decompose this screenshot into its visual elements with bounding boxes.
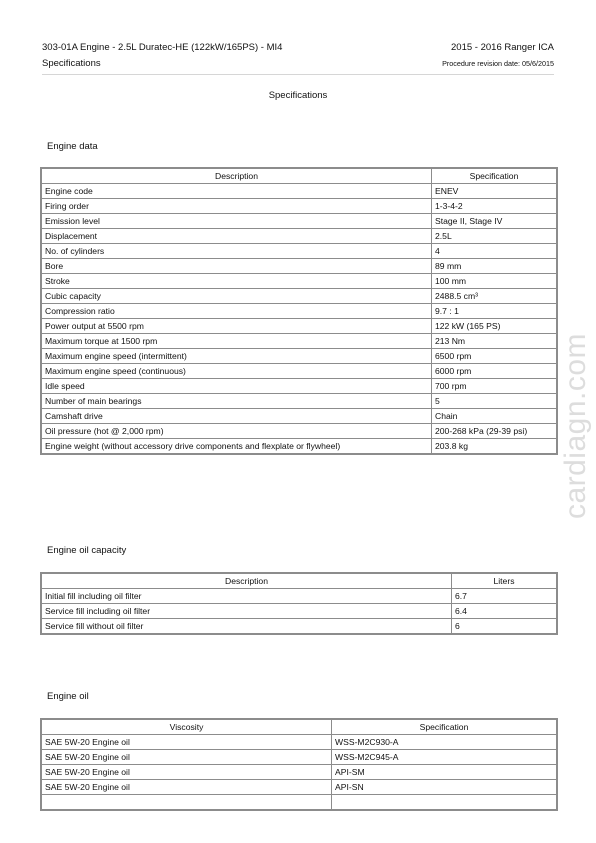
page-title: Specifications (0, 90, 596, 101)
oil-capacity-table: Description Liters Initial fill includin… (41, 573, 557, 634)
row-value: 89 mm (432, 259, 557, 274)
row-value: 6500 rpm (432, 349, 557, 364)
table-row: Bore89 mm (42, 259, 557, 274)
table-row: Cubic capacity2488.5 cm³ (42, 289, 557, 304)
row-label: Stroke (42, 274, 432, 289)
section-title-oil-capacity: Engine oil capacity (47, 545, 126, 556)
table-row: Stroke100 mm (42, 274, 557, 289)
row-label: SAE 5W-20 Engine oil (42, 750, 332, 765)
row-value: 5 (432, 394, 557, 409)
row-label: Power output at 5500 rpm (42, 319, 432, 334)
row-value: Stage II, Stage IV (432, 214, 557, 229)
table-row: Displacement2.5L (42, 229, 557, 244)
row-value: 203.8 kg (432, 439, 557, 454)
engine-oil-table: Viscosity Specification SAE 5W-20 Engine… (41, 719, 557, 810)
table-row: Oil pressure (hot @ 2,000 rpm)200-268 kP… (42, 424, 557, 439)
table-row: Maximum torque at 1500 rpm213 Nm (42, 334, 557, 349)
table-row: Idle speed700 rpm (42, 379, 557, 394)
row-value: 6000 rpm (432, 364, 557, 379)
table-row: Firing order1-3-4-2 (42, 199, 557, 214)
table-row: SAE 5W-20 Engine oilWSS-M2C945-A (42, 750, 557, 765)
row-value: 9.7 : 1 (432, 304, 557, 319)
table-row: SAE 5W-20 Engine oilWSS-M2C930-A (42, 735, 557, 750)
row-value: 213 Nm (432, 334, 557, 349)
row-label: Maximum engine speed (continuous) (42, 364, 432, 379)
table-row: Number of main bearings5 (42, 394, 557, 409)
row-value: API-SN (332, 780, 557, 795)
table-header-row: Description Specification (42, 169, 557, 184)
section-title-engine-data: Engine data (47, 141, 98, 152)
row-value: 700 rpm (432, 379, 557, 394)
row-label: Camshaft drive (42, 409, 432, 424)
row-label: Displacement (42, 229, 432, 244)
row-value: 6.7 (452, 589, 557, 604)
document-title: 303-01A Engine - 2.5L Duratec-HE (122kW/… (42, 40, 282, 56)
table-row: No. of cylinders4 (42, 244, 557, 259)
column-header: Viscosity (42, 720, 332, 735)
row-label: Maximum engine speed (intermittent) (42, 349, 432, 364)
revision-date: Procedure revision date: 05/6/2015 (442, 56, 554, 72)
table-row: Power output at 5500 rpm122 kW (165 PS) (42, 319, 557, 334)
watermark: cardiagn.com (558, 318, 594, 533)
row-label: Compression ratio (42, 304, 432, 319)
row-label: Number of main bearings (42, 394, 432, 409)
row-value: 4 (432, 244, 557, 259)
table-header-row: Viscosity Specification (42, 720, 557, 735)
row-label: Cubic capacity (42, 289, 432, 304)
row-label: Firing order (42, 199, 432, 214)
row-value: API-SM (332, 765, 557, 780)
row-value: 100 mm (432, 274, 557, 289)
table-row: SAE 5W-20 Engine oilAPI-SM (42, 765, 557, 780)
document-header-left: 303-01A Engine - 2.5L Duratec-HE (122kW/… (42, 40, 282, 72)
row-value: ENEV (432, 184, 557, 199)
row-value (332, 795, 557, 810)
row-label: SAE 5W-20 Engine oil (42, 735, 332, 750)
column-header: Liters (452, 574, 557, 589)
row-label: SAE 5W-20 Engine oil (42, 765, 332, 780)
row-label: Emission level (42, 214, 432, 229)
row-value: 2488.5 cm³ (432, 289, 557, 304)
table-row: Compression ratio9.7 : 1 (42, 304, 557, 319)
row-label: SAE 5W-20 Engine oil (42, 780, 332, 795)
table-row: Maximum engine speed (continuous)6000 rp… (42, 364, 557, 379)
row-value: WSS-M2C930-A (332, 735, 557, 750)
column-header: Description (42, 169, 432, 184)
section-title-engine-oil: Engine oil (47, 691, 89, 702)
row-label: Idle speed (42, 379, 432, 394)
table-row: Initial fill including oil filter6.7 (42, 589, 557, 604)
vehicle-label: 2015 - 2016 Ranger ICA (442, 40, 554, 56)
row-value: 122 kW (165 PS) (432, 319, 557, 334)
engine-data-table: Description Specification Engine codeENE… (41, 168, 557, 454)
column-header: Specification (332, 720, 557, 735)
header-divider (42, 74, 554, 75)
table-row: Camshaft driveChain (42, 409, 557, 424)
table-row: Service fill including oil filter6.4 (42, 604, 557, 619)
row-value: 1-3-4-2 (432, 199, 557, 214)
row-label: No. of cylinders (42, 244, 432, 259)
row-value: Chain (432, 409, 557, 424)
table-row (42, 795, 557, 810)
row-label: Maximum torque at 1500 rpm (42, 334, 432, 349)
table-row: Emission levelStage II, Stage IV (42, 214, 557, 229)
row-value: WSS-M2C945-A (332, 750, 557, 765)
table-row: Engine weight (without accessory drive c… (42, 439, 557, 454)
watermark-text: cardiagn.com (559, 332, 593, 518)
row-value: 2.5L (432, 229, 557, 244)
row-label: Oil pressure (hot @ 2,000 rpm) (42, 424, 432, 439)
row-label: Service fill including oil filter (42, 604, 452, 619)
table-header-row: Description Liters (42, 574, 557, 589)
column-header: Specification (432, 169, 557, 184)
table-row: Maximum engine speed (intermittent)6500 … (42, 349, 557, 364)
row-label: Bore (42, 259, 432, 274)
row-value: 6.4 (452, 604, 557, 619)
column-header: Description (42, 574, 452, 589)
document-subtitle: Specifications (42, 56, 282, 72)
row-label: Service fill without oil filter (42, 619, 452, 634)
table-row: SAE 5W-20 Engine oilAPI-SN (42, 780, 557, 795)
row-label: Engine weight (without accessory drive c… (42, 439, 432, 454)
row-value: 6 (452, 619, 557, 634)
row-label: Initial fill including oil filter (42, 589, 452, 604)
row-value: 200-268 kPa (29-39 psi) (432, 424, 557, 439)
table-row: Service fill without oil filter6 (42, 619, 557, 634)
row-label: Engine code (42, 184, 432, 199)
document-header-right: 2015 - 2016 Ranger ICA Procedure revisio… (442, 40, 554, 72)
row-label (42, 795, 332, 810)
table-row: Engine codeENEV (42, 184, 557, 199)
